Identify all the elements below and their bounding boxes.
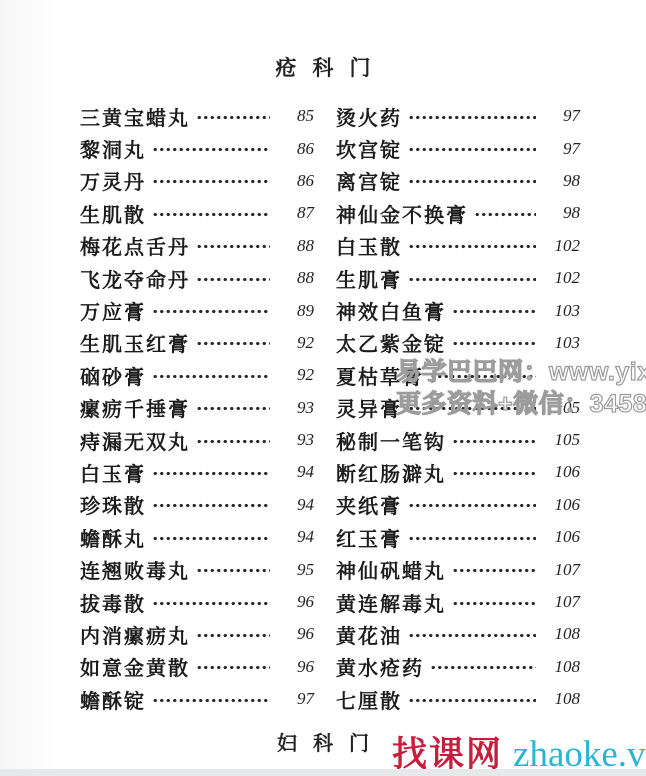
toc-entry-page: 93 xyxy=(274,398,314,418)
dot-leader xyxy=(452,309,536,314)
toc-entry: 生肌膏102 xyxy=(336,262,580,294)
dot-leader xyxy=(152,179,270,184)
toc-entry-page: 94 xyxy=(274,462,314,482)
toc-entry-page: 108 xyxy=(540,624,580,644)
dot-leader xyxy=(408,698,536,703)
dot-leader xyxy=(152,503,270,508)
toc-entry: 连翘败毒丸95 xyxy=(80,553,314,585)
dot-leader xyxy=(430,665,536,670)
toc-column-left: 三黄宝蜡丸85黎洞丸86万灵丹86生肌散87梅花点舌丹88飞龙夺命丹88万应膏8… xyxy=(80,100,314,715)
toc-entry-title: 七厘散 xyxy=(336,685,402,714)
toc-entry: 黎洞丸86 xyxy=(80,132,314,164)
toc-entry: 三黄宝蜡丸85 xyxy=(80,100,314,132)
toc-entry-page: 102 xyxy=(540,268,580,288)
toc-entry-title: 断红肠澼丸 xyxy=(336,458,446,487)
toc-entry-page: 88 xyxy=(274,268,314,288)
toc-entry-page: 94 xyxy=(274,527,314,547)
toc-entry-title: 珍珠散 xyxy=(80,490,146,519)
toc-entry-title: 太乙紫金锭 xyxy=(336,328,446,357)
dot-leader xyxy=(408,277,536,282)
toc-entry-title: 连翘败毒丸 xyxy=(80,555,190,584)
toc-entry: 瘰疬千捶膏93 xyxy=(80,392,314,424)
toc-entry-title: 生肌散 xyxy=(80,199,146,228)
toc-entry-page: 88 xyxy=(274,236,314,256)
toc-entry: 白玉膏94 xyxy=(80,456,314,488)
toc-entry-page: 94 xyxy=(274,495,314,515)
toc-entry-page: 97 xyxy=(274,689,314,709)
toc-entry-title: 内消瘰疬丸 xyxy=(80,620,190,649)
toc-entry-title: 烫火药 xyxy=(336,102,402,131)
toc-entry: 珍珠散94 xyxy=(80,489,314,521)
toc-entry-title: 坎宫锭 xyxy=(336,134,402,163)
toc-entry-title: 如意金黄散 xyxy=(80,652,190,681)
toc-entry-page: 107 xyxy=(540,592,580,612)
section-title: 疮科门 xyxy=(0,52,646,82)
toc-entry: 秘制一笔钩105 xyxy=(336,424,580,456)
toc-entry: 蟾酥丸94 xyxy=(80,521,314,553)
dot-leader xyxy=(452,601,536,606)
toc-entry-title: 蟾酥锭 xyxy=(80,685,146,714)
toc-entry: 内消瘰疬丸96 xyxy=(80,618,314,650)
toc-entry-title: 神仙矾蜡丸 xyxy=(336,555,446,584)
toc-entry: 黄水疮药108 xyxy=(336,651,580,683)
dot-leader xyxy=(196,244,270,249)
toc-entry-page: 86 xyxy=(274,139,314,159)
toc-entry: 神仙矾蜡丸107 xyxy=(336,553,580,585)
dot-leader xyxy=(196,665,270,670)
toc-entry-page: 96 xyxy=(274,657,314,677)
toc-entry: 离宫锭98 xyxy=(336,165,580,197)
toc-entry: 万应膏89 xyxy=(80,294,314,326)
dot-leader xyxy=(408,147,536,152)
dot-leader xyxy=(408,244,536,249)
toc-entry-page: 106 xyxy=(540,462,580,482)
toc-entry-page: 103 xyxy=(540,333,580,353)
dot-leader xyxy=(196,439,270,444)
toc-entry: 烫火药97 xyxy=(336,100,580,132)
toc-entry: 白玉散102 xyxy=(336,230,580,262)
toc-entry-title: 白玉膏 xyxy=(80,458,146,487)
bottom-scan-bar xyxy=(0,769,646,776)
dot-leader xyxy=(152,212,270,217)
toc-entry-page: 98 xyxy=(540,171,580,191)
toc-entry: 梅花点舌丹88 xyxy=(80,230,314,262)
toc-entry-page: 98 xyxy=(540,203,580,223)
toc-entry-page: 106 xyxy=(540,495,580,515)
toc-entry: 硇砂膏92 xyxy=(80,359,314,391)
toc-entry-title: 飞龙夺命丹 xyxy=(80,264,190,293)
dot-leader xyxy=(196,633,270,638)
toc-entry-title: 痔漏无双丸 xyxy=(80,426,190,455)
toc-entry-title: 灵异膏 xyxy=(336,393,402,422)
toc-entry-title: 离宫锭 xyxy=(336,166,402,195)
toc-entry-page: 87 xyxy=(274,203,314,223)
toc-entry: 飞龙夺命丹88 xyxy=(80,262,314,294)
toc-entry: 拔毒散96 xyxy=(80,586,314,618)
dot-leader xyxy=(196,406,270,411)
toc-entry-page: 108 xyxy=(540,657,580,677)
toc-entry: 太乙紫金锭103 xyxy=(336,327,580,359)
dot-leader xyxy=(408,503,536,508)
toc-entry-page: 89 xyxy=(274,301,314,321)
center-watermark: 易学巴巴网：www.yixue88.cn 更多资料+微信：3458344044 xyxy=(396,356,646,420)
toc-entry: 痔漏无双丸93 xyxy=(80,424,314,456)
toc-entry-page: 107 xyxy=(540,560,580,580)
toc-entry-title: 万灵丹 xyxy=(80,166,146,195)
dot-leader xyxy=(152,147,270,152)
toc-entry-page: 85 xyxy=(274,106,314,126)
toc-entry-title: 神效白鱼膏 xyxy=(336,296,446,325)
toc-entry-page: 96 xyxy=(274,592,314,612)
toc-entry: 万灵丹86 xyxy=(80,165,314,197)
toc-entry: 断红肠澼丸106 xyxy=(336,456,580,488)
toc-entry-title: 黄水疮药 xyxy=(336,652,424,681)
toc-entry-title: 硇砂膏 xyxy=(80,361,146,390)
toc-entry: 蟾酥锭97 xyxy=(80,683,314,715)
dot-leader xyxy=(152,471,270,476)
toc-entry: 神效白鱼膏103 xyxy=(336,294,580,326)
toc-entry: 如意金黄散96 xyxy=(80,651,314,683)
center-watermark-line1: 易学巴巴网：www.yixue88.cn xyxy=(396,356,646,388)
toc-entry-page: 97 xyxy=(540,106,580,126)
toc-entry-page: 92 xyxy=(274,333,314,353)
toc-entry-title: 拔毒散 xyxy=(80,588,146,617)
dot-leader xyxy=(408,115,536,120)
toc-entry-page: 108 xyxy=(540,689,580,709)
toc-entry-page: 106 xyxy=(540,527,580,547)
toc-entry-title: 生肌玉红膏 xyxy=(80,328,190,357)
toc-entry: 七厘散108 xyxy=(336,683,580,715)
toc-entry-page: 95 xyxy=(274,560,314,580)
dot-leader xyxy=(196,115,270,120)
toc-entry-title: 黄连解毒丸 xyxy=(336,588,446,617)
dot-leader xyxy=(152,698,270,703)
toc-entry-page: 97 xyxy=(540,139,580,159)
toc-entry: 红玉膏106 xyxy=(336,521,580,553)
scanned-book-page: 疮科门 三黄宝蜡丸85黎洞丸86万灵丹86生肌散87梅花点舌丹88飞龙夺命丹88… xyxy=(0,0,646,776)
toc-entry-title: 红玉膏 xyxy=(336,523,402,552)
toc-entry-page: 92 xyxy=(274,365,314,385)
toc-entry-page: 103 xyxy=(540,301,580,321)
toc-entry-title: 蟾酥丸 xyxy=(80,523,146,552)
toc-entry-title: 白玉散 xyxy=(336,231,402,260)
toc-entry-title: 瘰疬千捶膏 xyxy=(80,393,190,422)
dot-leader xyxy=(152,374,270,379)
toc-entry: 生肌散87 xyxy=(80,197,314,229)
dot-leader xyxy=(408,536,536,541)
toc-entry: 黄连解毒丸107 xyxy=(336,586,580,618)
dot-leader xyxy=(452,471,536,476)
dot-leader xyxy=(408,633,536,638)
toc-entry-title: 夹纸膏 xyxy=(336,490,402,519)
toc-entry: 生肌玉红膏92 xyxy=(80,327,314,359)
toc-entry: 黄花油108 xyxy=(336,618,580,650)
dot-leader xyxy=(196,341,270,346)
toc-entry-title: 梅花点舌丹 xyxy=(80,231,190,260)
dot-leader xyxy=(152,309,270,314)
toc-entry-page: 102 xyxy=(540,236,580,256)
toc-entry: 神仙金不换膏98 xyxy=(336,197,580,229)
dot-leader xyxy=(152,536,270,541)
center-watermark-line2: 更多资料+微信：3458344044 xyxy=(396,388,646,420)
dot-leader xyxy=(452,439,536,444)
dot-leader xyxy=(196,277,270,282)
toc-entry-page: 93 xyxy=(274,430,314,450)
dot-leader xyxy=(408,179,536,184)
dot-leader xyxy=(474,212,536,217)
dot-leader xyxy=(452,568,536,573)
toc-entry-title: 神仙金不换膏 xyxy=(336,199,468,228)
dot-leader xyxy=(452,341,536,346)
toc-entry-title: 三黄宝蜡丸 xyxy=(80,102,190,131)
toc-entry-page: 86 xyxy=(274,171,314,191)
toc-entry-title: 黄花油 xyxy=(336,620,402,649)
toc-entry-title: 黎洞丸 xyxy=(80,134,146,163)
toc-entry-title: 万应膏 xyxy=(80,296,146,325)
dot-leader xyxy=(196,568,270,573)
toc-entry-page: 105 xyxy=(540,430,580,450)
toc-entry-title: 秘制一笔钩 xyxy=(336,426,446,455)
dot-leader xyxy=(152,601,270,606)
toc-entry-title: 生肌膏 xyxy=(336,264,402,293)
toc-entry: 夹纸膏106 xyxy=(336,489,580,521)
toc-entry: 坎宫锭97 xyxy=(336,132,580,164)
toc-entry-page: 96 xyxy=(274,624,314,644)
